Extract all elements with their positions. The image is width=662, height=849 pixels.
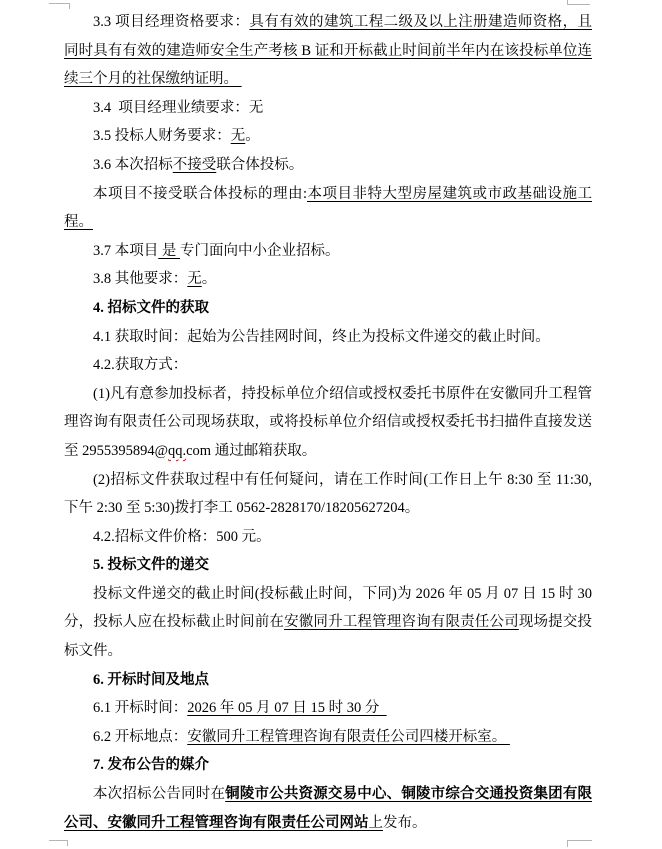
text-run: 7. 发布公告的媒介 <box>93 757 209 773</box>
spellcheck-flagged-text-run: qq. <box>168 443 186 459</box>
text-run: 4.2.获取方式： <box>93 357 187 373</box>
text-run: 上 <box>369 815 384 831</box>
text-run: 无 <box>231 128 246 144</box>
text-run: 6.1 开标时间： <box>93 700 187 716</box>
document-body-text: 3.3 项目经理资格要求：具有有效的建筑工程二级及以上注册建造师资格，且同时具有… <box>64 8 592 837</box>
text-run: 4.1 获取时间：起始为公告挂网时间，终止为投标文件递交的截止时间。 <box>93 329 550 345</box>
text-run: com 通过邮箱获取。 <box>186 443 316 459</box>
para-5-body: 投标文件递交的截止时间(投标截止时间，下同)为 2026 年 05 月 07 日… <box>64 580 592 666</box>
text-run: 无 <box>187 271 202 287</box>
text-run: 本项目不接受联合体投标的理由: <box>93 186 307 202</box>
text-run: 3.3 项目经理资格要求： <box>93 14 249 30</box>
text-run: 专门面向中小企业招标。 <box>180 243 340 259</box>
para-4-2-item-1: (1)凡有意参加投标者，持投标单位介绍信或授权委托书原件在安徽同升工程管理咨询有… <box>64 380 592 466</box>
heading-6: 6. 开标时间及地点 <box>64 666 592 695</box>
text-run: 。 <box>202 271 217 287</box>
text-run: 5. 投标文件的递交 <box>93 557 209 573</box>
text-run: 3.6 本次招标 <box>93 157 173 173</box>
para-3-6: 3.6 本次招标不接受联合体投标。 <box>64 151 592 180</box>
text-run: 3.5 投标人财务要求： <box>93 128 231 144</box>
heading-5: 5. 投标文件的递交 <box>64 551 592 580</box>
text-run: 6. 开标时间及地点 <box>93 672 209 688</box>
text-run: 发布。 <box>383 815 427 831</box>
text-run: 2026 年 05 月 07 日 15 时 30 分 <box>187 700 386 716</box>
margin-crop-mark-top-right <box>567 0 590 5</box>
word-document-page: 3.3 项目经理资格要求：具有有效的建筑工程二级及以上注册建造师资格，且同时具有… <box>0 0 662 849</box>
heading-4: 4. 招标文件的获取 <box>64 294 592 323</box>
text-run: 本次招标公告同时在 <box>93 786 225 802</box>
para-7-body: 本次招标公告同时在铜陵市公共资源交易中心、铜陵市综合交通投资集团有限公司、安徽同… <box>64 780 592 837</box>
para-4-2-price: 4.2.招标文件价格：500 元。 <box>64 523 592 552</box>
text-run: 6.2 开标地点： <box>93 729 187 745</box>
text-run: 联合体投标。 <box>216 157 303 173</box>
text-run: (1)凡有意参加投标者，持投标单位介绍信或授权委托书原件在安徽同升工程管理咨询有… <box>64 386 592 459</box>
text-run: 安徽同升工程管理咨询有限责任公司 <box>284 614 519 630</box>
para-3-7: 3.7 本项目 是 专门面向中小企业招标。 <box>64 237 592 266</box>
text-run: 4.2.招标文件价格：500 元。 <box>93 529 271 545</box>
text-run: 安徽同升工程管理咨询有限责任公司四楼开标室。 <box>187 729 510 745</box>
text-run: 。 <box>245 128 260 144</box>
heading-7: 7. 发布公告的媒介 <box>64 751 592 780</box>
para-4-1: 4.1 获取时间：起始为公告挂网时间，终止为投标文件递交的截止时间。 <box>64 323 592 352</box>
text-run: 3.4 项目经理业绩要求：无 <box>93 100 263 116</box>
para-3-5: 3.5 投标人财务要求：无。 <box>64 122 592 151</box>
text-run: (2)招标文件获取过程中有任何疑问，请在工作时间(工作日上午 8:30 至 11… <box>64 472 592 517</box>
para-joint-venture-reason: 本项目不接受联合体投标的理由:本项目非特大型房屋建筑或市政基础设施工程。 <box>64 180 592 237</box>
text-run: 不接受 <box>173 157 217 173</box>
margin-crop-mark-bottom-right <box>567 840 592 847</box>
text-run: 3.8 其他要求： <box>93 271 187 287</box>
para-4-2-item-2: (2)招标文件获取过程中有任何疑问，请在工作时间(工作日上午 8:30 至 11… <box>64 466 592 523</box>
para-3-8: 3.8 其他要求：无。 <box>64 265 592 294</box>
para-3-4: 3.4 项目经理业绩要求：无 <box>64 94 592 123</box>
margin-crop-mark-bottom-left <box>49 840 68 846</box>
para-4-2-method: 4.2.获取方式： <box>64 351 592 380</box>
para-3-3: 3.3 项目经理资格要求：具有有效的建筑工程二级及以上注册建造师资格，且同时具有… <box>64 8 592 94</box>
para-6-1: 6.1 开标时间：2026 年 05 月 07 日 15 时 30 分 <box>64 694 592 723</box>
para-6-2: 6.2 开标地点：安徽同升工程管理咨询有限责任公司四楼开标室。 <box>64 723 592 752</box>
text-run: 是 <box>158 243 180 259</box>
text-run: 3.7 本项目 <box>93 243 158 259</box>
text-run: 4. 招标文件的获取 <box>93 300 209 316</box>
